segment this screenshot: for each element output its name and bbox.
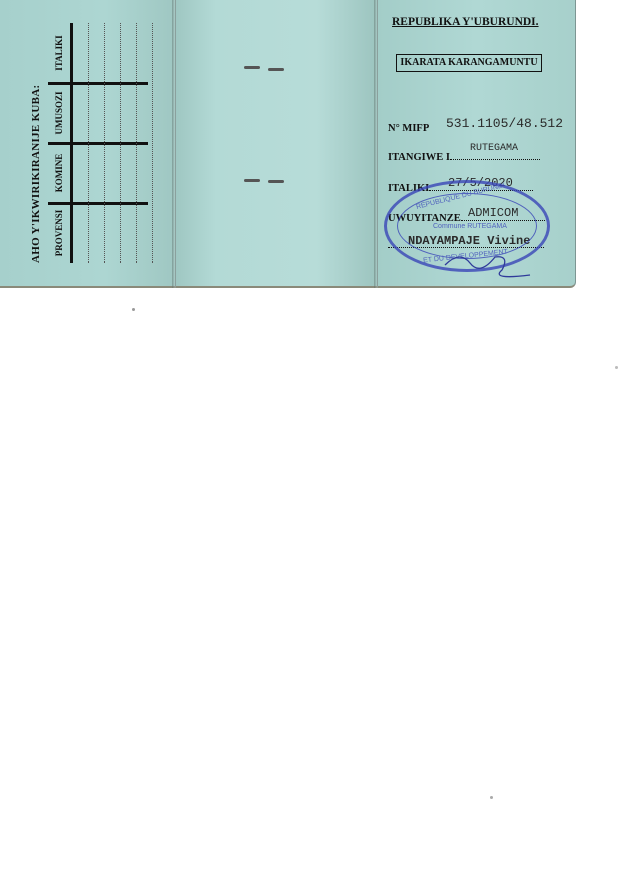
blank-row [104, 23, 105, 263]
column-provensi: PROVENSI [48, 203, 70, 263]
field-itangiwe-value: RUTEGAMA [470, 143, 518, 154]
staple-mark [244, 66, 260, 69]
left-panel: AHO Y'IKWIRIKIRANIJE KUBA: PROVENSI KOMI… [0, 0, 176, 288]
staple-mark [244, 179, 260, 182]
blank-row [120, 23, 121, 263]
stamp-text-middle: Commune RUTEGAMA [433, 223, 507, 230]
column-italiki: ITALIKI [48, 23, 70, 83]
column-umusozi: UMUSOZI [48, 83, 70, 143]
signature-icon [440, 245, 550, 285]
blank-row [88, 23, 89, 263]
id-card-scan: AHO Y'IKWIRIKIRANIJE KUBA: PROVENSI KOMI… [0, 0, 576, 290]
staple-mark [268, 180, 284, 183]
field-mifp-label: N° MIFP [388, 123, 429, 134]
column-komine: KOMINE [48, 143, 70, 203]
table-divider [48, 82, 148, 85]
table-divider [48, 202, 148, 205]
card-title: IKARATA KARANGAMUNTU [396, 54, 542, 72]
table-divider [48, 142, 148, 145]
field-mifp-value: 531.1105/48.512 [446, 116, 563, 131]
residence-history-table: AHO Y'IKWIRIKIRANIJE KUBA: PROVENSI KOMI… [30, 23, 168, 263]
scan-speck [132, 308, 135, 311]
scan-speck [490, 796, 493, 799]
residence-heading: AHO Y'IKWIRIKIRANIJE KUBA: [30, 23, 42, 263]
country-title: REPUBLIKA Y'UBURUNDI. [392, 16, 539, 28]
scan-speck [615, 366, 618, 369]
field-itangiwe-label: ITANGIWE I [388, 152, 450, 163]
blank-row [136, 23, 137, 263]
middle-panel [176, 0, 378, 288]
staple-mark [268, 68, 284, 71]
blank-row [152, 23, 153, 263]
